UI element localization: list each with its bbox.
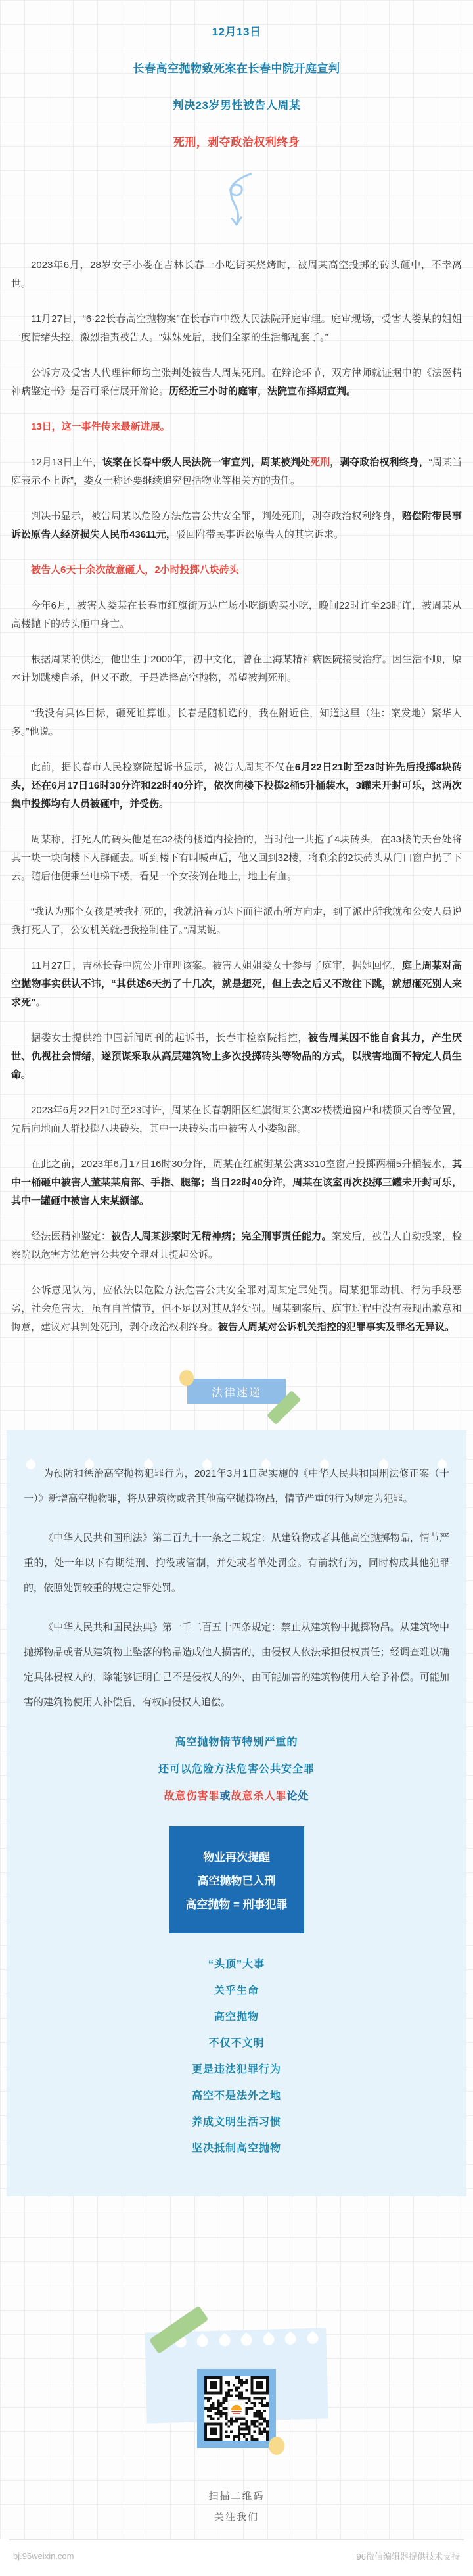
header-line: 长春高空抛物致死案在长春中院开庭宣判 — [0, 59, 473, 76]
law-box: 为预防和惩治高空抛物犯罪行为，2021年3月1日起实施的《中华人民共和国刑法修正… — [7, 1430, 466, 2196]
article-paragraph: 在此之前，2023年6月17日16时30分许，周某在红旗街某公寓3310室窗户投… — [11, 1155, 462, 1210]
article-paragraph: “我没有具体目标，砸死谁算谁。长春是随机选的，我在附近住，知道这里（注：案发地）… — [11, 704, 462, 741]
slogan-line: 坚决抵制高空抛物 — [24, 2140, 449, 2155]
article-paragraph: 12月13日上午，该案在长春中级人民法院一审宣判，周某被判处死刑，剥夺政治权利终… — [11, 453, 462, 490]
droplet-icon — [305, 2330, 321, 2346]
article-header: 12月13日 长春高空抛物致死案在长春中院开庭宣判 判决23岁男性被告人周某 死… — [0, 22, 473, 149]
footer-credit-text: 96微信编辑器提供技术支持 — [357, 2550, 460, 2562]
law-paragraph: 为预防和惩治高空抛物犯罪行为，2021年3月1日起实施的《中华人民共和国刑法修正… — [24, 1461, 449, 1511]
law-center-line: 高空抛物情节特别严重的 — [24, 1734, 449, 1749]
law-center-lines: 高空抛物情节特别严重的 还可以危险方法危害公共安全罪 故意伤害罪或故意杀人罪论处 — [24, 1734, 449, 1803]
droplet-icon — [282, 2331, 298, 2347]
article-paragraph: 被告人6天十余次故意砸人，2小时投掷八块砖头 — [11, 561, 462, 580]
slogan-line: 关乎生命 — [24, 1982, 449, 1997]
notice-line: 高空抛物已入刑 — [169, 1872, 304, 1888]
header-line: 判决23岁男性被告人周某 — [0, 96, 473, 112]
article-paragraph: 2023年6月，28岁女子小娄在吉林长春一小吃街买烧烤时，被周某高空投掷的砖头砸… — [11, 256, 462, 293]
slogan-lines: “头顶”大事 关乎生命 高空抛物 不仅不文明 更是违法犯罪行为 高空不是法外之地… — [24, 1956, 449, 2155]
qr-code — [197, 2369, 276, 2448]
article-paragraph: 根据周某的供述，他出生于2000年，初中文化，曾在上海某精神病医院接受治疗。因生… — [11, 651, 462, 687]
notice-line: 高空抛物 = 刑事犯罪 — [169, 1895, 304, 1912]
slogan-line: 更是违法犯罪行为 — [24, 2061, 449, 2076]
law-badge: 法律速递 — [187, 1379, 286, 1404]
curly-down-arrow-icon — [0, 170, 473, 238]
article-paragraph: “我认为那个女孩是被我打死的，我就沿着万达下面往派出所方向走，到了派出所我就和公… — [11, 903, 462, 940]
article-body: 2023年6月，28岁女子小娄在吉林长春一小吃街买烧烤时，被周某高空投掷的砖头砸… — [0, 256, 473, 1337]
qr-section: 扫描二维码 关注我们 — [0, 2325, 473, 2537]
law-paragraph: 《中华人民共和国刑法》第二百九十一条之二规定：从建筑物或者其他高空抛掷物品，情节… — [24, 1526, 449, 1601]
slogan-line: “头顶”大事 — [24, 1956, 449, 1971]
article-paragraph: 今年6月，被害人娄某在长春市红旗街万达广场小吃街购买小吃，晚间22时许至23时许… — [11, 597, 462, 633]
yellow-dot-icon — [179, 1370, 194, 1386]
article-paragraph: 11月27日，吉林长春中院公开审理该案。被害人姐姐娄女士参与了庭审，据她回忆，庭… — [11, 957, 462, 1012]
article-paragraph: 11月27日，“6·22长春高空抛物案”在长春市中级人民法院开庭审理。庭审现场，… — [11, 310, 462, 347]
qr-caption: 关注我们 — [0, 2510, 473, 2523]
article-page: 12月13日 长春高空抛物致死案在长春中院开庭宣判 判决23岁男性被告人周某 死… — [0, 0, 473, 2576]
droplet-icon — [194, 2334, 210, 2349]
article-paragraph: 据娄女士提供给中国新闻周刊的起诉书，长春市检察院指控，被告周某因不能自食其力，产… — [11, 1029, 462, 1084]
article-paragraph: 13日，这一事件传来最新进展。 — [11, 418, 462, 436]
droplet-icon — [217, 2333, 233, 2349]
slogan-line: 养成文明生活习惯 — [24, 2113, 449, 2128]
slogan-line: 高空抛物 — [24, 2008, 449, 2023]
article-paragraph: 2023年6月22日21时至23时许，周某在长春朝阳区红旗街某公寓32楼楼道窗户… — [11, 1101, 462, 1138]
article-paragraph: 公诉意见认为，应依法以危险方法危害公共安全罪对周某定罪处罚。周某犯罪动机、行为手… — [11, 1281, 462, 1337]
article-paragraph: 此前，据长春市人民检察院起诉书显示，被告人周某不仅在6月22日21时至23时许先… — [11, 758, 462, 814]
slogan-line: 高空不是法外之地 — [24, 2087, 449, 2102]
article-paragraph: 周某称，打死人的砖头他是在32楼的楼道内捡拾的，当时他一共抱了4块砖头，在33楼… — [11, 831, 462, 886]
qr-captions: 扫描二维码 关注我们 — [0, 2481, 473, 2531]
law-center-line: 故意伤害罪或故意杀人罪论处 — [24, 1787, 449, 1803]
footer-site-link[interactable]: bj.96weixin.com — [13, 2551, 74, 2561]
qr-caption: 扫描二维码 — [0, 2489, 473, 2502]
law-center-line: 还可以危险方法危害公共安全罪 — [24, 1760, 449, 1776]
droplet-icon — [238, 2332, 254, 2348]
notice-line: 物业再次提醒 — [169, 1848, 304, 1864]
article-paragraph: 判决书显示，被告周某以危险方法危害公共安全罪，判处死刑，剥夺政治权利终身，赔偿附… — [11, 507, 462, 544]
law-paragraph: 《中华人民共和国民法典》第一千二百五十四条规定：禁止从建筑物中抛掷物品。从建筑物… — [24, 1615, 449, 1715]
article-paragraph: 公诉方及受害人代理律师均主张判处被告人周某死刑。在辩论环节，双方律师就证据中的《… — [11, 364, 462, 401]
law-badge-label: 法律速递 — [212, 1383, 261, 1400]
law-paragraphs: 为预防和惩治高空抛物犯罪行为，2021年3月1日起实施的《中华人民共和国刑法修正… — [24, 1461, 449, 1715]
slogan-line: 不仅不文明 — [24, 2035, 449, 2050]
page-footer: bj.96weixin.com 96微信编辑器提供技术支持 — [0, 2539, 473, 2576]
header-line: 死刑，剥夺政治权利终身 — [0, 133, 473, 149]
droplet-icon — [261, 2332, 277, 2347]
property-notice-box: 物业再次提醒 高空抛物已入刑 高空抛物 = 刑事犯罪 — [169, 1826, 304, 1933]
header-line: 12月13日 — [0, 22, 473, 39]
qr-code-pattern — [204, 2376, 269, 2441]
article-paragraph: 经法医精神鉴定：被告人周某涉案时无精神病；完全刑事责任能力。案发后，被告人自动投… — [11, 1228, 462, 1264]
yellow-dot-icon — [269, 2437, 284, 2455]
law-badge-box: 法律速递 — [187, 1379, 286, 1404]
